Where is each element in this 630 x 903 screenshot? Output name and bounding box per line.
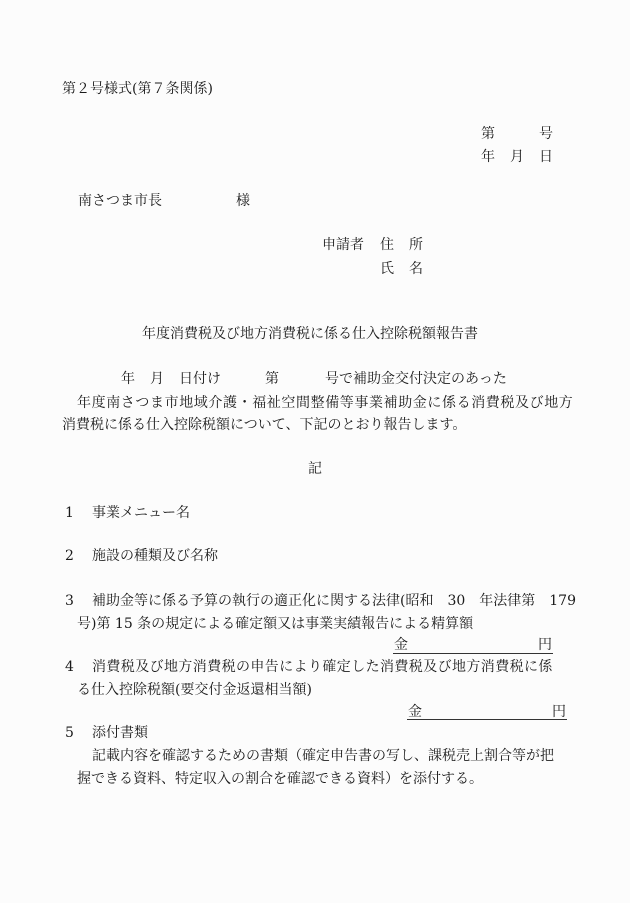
item-1-text: 事業メニュー名 <box>92 506 190 520</box>
item-5-body-line1: 記載内容を確認するための書類（確定申告書の写し、課税売上割合等が把 <box>92 749 554 763</box>
item-1-number: 1 <box>65 506 74 520</box>
intro-line2: 年度南さつま市地域介護・福祉空間整備等事業補助金に係る消費税及び地方 <box>77 396 573 410</box>
intro-day: 日付け <box>179 372 221 386</box>
ki-heading: 記 <box>308 462 322 476</box>
intro-line1-rest: 号で補助金交付決定のあった <box>325 372 507 386</box>
item-4-amount-underline <box>407 719 567 720</box>
item-2-text: 施設の種類及び名称 <box>92 549 218 563</box>
item-5-number: 5 <box>65 726 74 740</box>
intro-month: 月 <box>150 372 164 386</box>
name-label-1: 氏 <box>380 262 394 276</box>
document-title: 年度消費税及び地方消費税に係る仕入控除税額報告書 <box>142 327 478 341</box>
item-3-text-line1: 補助金等に係る予算の執行の適正化に関する法律(昭和 30 年法律第 179 <box>92 594 576 608</box>
item-3-number: 3 <box>65 594 74 608</box>
item-5-text: 添付書類 <box>92 726 148 740</box>
intro-year: 年 <box>121 372 135 386</box>
item-4-amount-suffix: 円 <box>552 705 566 719</box>
document-number-prefix: 第 <box>481 127 495 141</box>
form-label: 第２号様式(第７条関係) <box>62 82 213 96</box>
intro-line3: 消費税に係る仕入控除税額について、下記のとおり報告します。 <box>62 418 466 432</box>
date-day-label: 日 <box>539 150 553 164</box>
item-3-amount-suffix: 円 <box>538 638 552 652</box>
applicant-label: 申請者 <box>322 238 364 252</box>
item-4-number: 4 <box>65 660 74 674</box>
addressee-honorific: 様 <box>236 194 250 208</box>
addressee-name: 南さつま市長 <box>78 194 162 208</box>
item-4-text-line2: る仕入控除税額(要交付金返還相当額) <box>77 683 312 697</box>
address-label-1: 住 <box>380 238 394 252</box>
item-2-number: 2 <box>65 549 74 563</box>
intro-number-prefix: 第 <box>265 372 279 386</box>
address-label-2: 所 <box>409 238 423 252</box>
item-3-amount-underline <box>393 653 553 654</box>
name-label-2: 名 <box>409 262 423 276</box>
item-3-text-line2: 号)第 15 条の規定による確定額又は事業実績報告による精算額 <box>77 617 473 631</box>
date-year-label: 年 <box>481 150 495 164</box>
item-4-amount-prefix: 金 <box>408 705 422 719</box>
item-3-amount-prefix: 金 <box>394 638 408 652</box>
document-number-suffix: 号 <box>539 127 553 141</box>
item-4-text-line1: 消費税及び地方消費税の申告により確定した消費税及び地方消費税に係 <box>92 660 553 674</box>
date-month-label: 月 <box>510 150 524 164</box>
item-5-body-line2: 握できる資料、特定収入の割合を確認できる資料）を添付する。 <box>77 772 483 786</box>
